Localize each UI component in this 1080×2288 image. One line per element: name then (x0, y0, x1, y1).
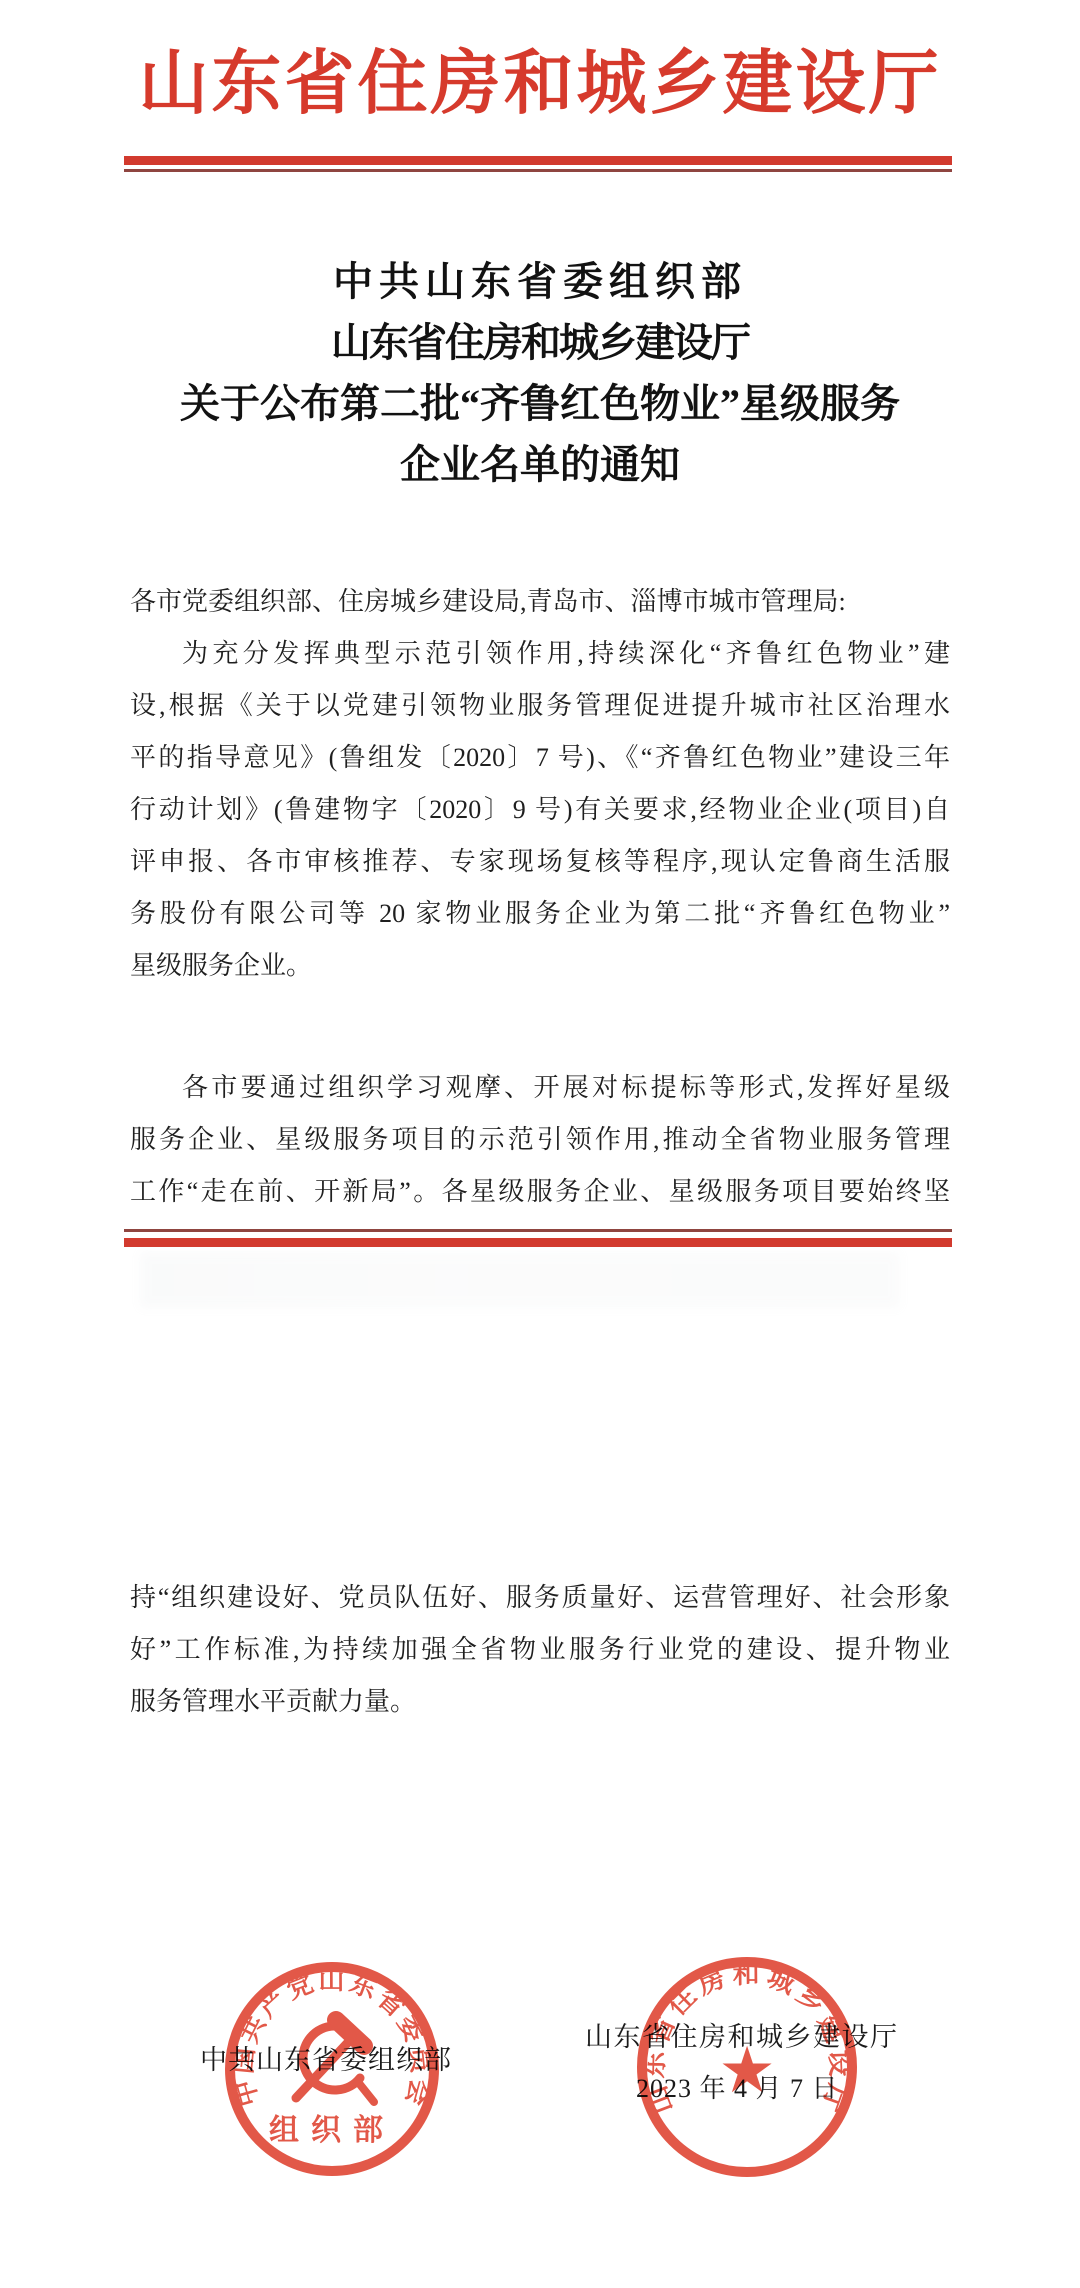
body-line: 各市要通过组织学习观摩、开展对标提标等形式,发挥好星级 (130, 1062, 950, 1114)
left-seal-ring-text: 中国共产党山东省委员会 (228, 1966, 436, 2110)
body-line: 务股份有限公司等 20 家物业服务企业为第二批“齐鲁红色物业” (130, 888, 950, 940)
masthead-rule-thin (124, 169, 952, 172)
body-line: 评申报、各市审核推荐、专家现场复核等程序,现认定鲁商生活服 (130, 836, 950, 888)
left-seal-bottom-text: 组织部 (269, 2114, 395, 2147)
signature-right-org: 山东省住房和城乡建设厅 (585, 2020, 899, 2054)
pagebreak-rule-thin (124, 1229, 952, 1232)
masthead-rule-thick (124, 156, 952, 165)
body-line: 为充分发挥典型示范引领作用,持续深化“齐鲁红色物业”建 (130, 628, 950, 680)
document-page: 山东省住房和城乡建设厅 中共山东省委组织部 山东省住房和城乡建设厅 关于公布第二… (0, 0, 1080, 2288)
right-seal: 山东省住房和城乡建设厅 ★ (639, 1959, 856, 2172)
body-line: 星级服务企业。 (130, 940, 950, 992)
body-line: 服务企业、星级服务项目的示范引领作用,推动全省物业服务管理 (130, 1114, 950, 1166)
body-line: 好”工作标准,为持续加强全省物业服务行业党的建设、提升物业 (130, 1624, 950, 1676)
body-line: 设,根据《关于以党建引领物业服务管理促进提升城市社区治理水 (130, 680, 950, 732)
title-line-subject-2: 企业名单的通知 (0, 434, 1080, 495)
scan-ghosting (140, 1252, 900, 1308)
body-salutation: 各市党委组织部、住房城乡建设局,青岛市、淄博市城市管理局: (130, 576, 950, 628)
signature-left-org: 中共山东省委组织部 (200, 2043, 452, 2077)
body-line: 平的指导意见》(鲁组发〔2020〕7 号)、《“齐鲁红色物业”建设三年 (130, 732, 950, 784)
signature-date: 2023 年 4 月 7 日 (636, 2072, 839, 2106)
pagebreak-rule-thick (124, 1238, 952, 1247)
title-line-subject-1: 关于公布第二批“齐鲁红色物业”星级服务 (0, 373, 1080, 434)
title-line-issuer-1: 中共山东省委组织部 (0, 251, 1080, 312)
body-line: 行动计划》(鲁建物字〔2020〕9 号)有关要求,经物业企业(项目)自 (130, 784, 950, 836)
right-seal-ring (642, 1962, 852, 2172)
title-line-issuer-2: 山东省住房和城乡建设厅 (0, 312, 1080, 373)
masthead-org-title: 山东省住房和城乡建设厅 (0, 30, 1080, 140)
body-line: 持“组织建设好、党员队伍好、服务质量好、运营管理好、社会形象 (130, 1572, 950, 1624)
body-line: 工作“走在前、开新局”。各星级服务企业、星级服务项目要始终坚 (130, 1166, 950, 1218)
body-line: 服务管理水平贡献力量。 (130, 1676, 950, 1728)
